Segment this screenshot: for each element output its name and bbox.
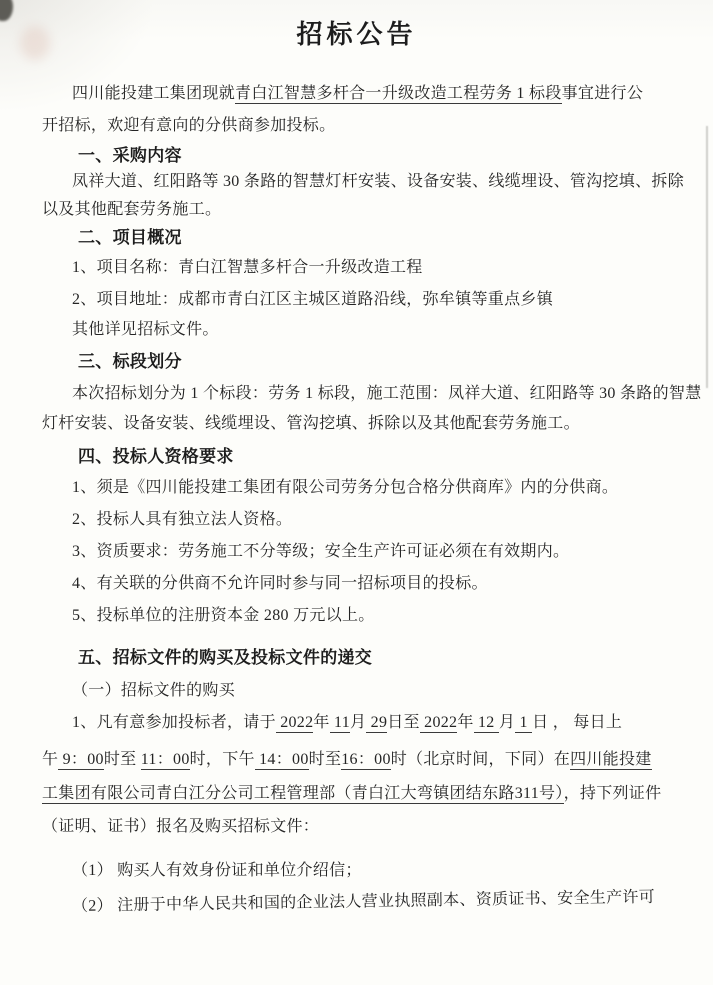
- text-segment: 午: [42, 751, 58, 768]
- underlined-text: 11: [330, 714, 350, 733]
- section-5-subheading-1: （一）招标文件的购买: [72, 681, 235, 701]
- section-4-item-4: 4、有关联的分供商不允许同时参与同一招标项目的投标。: [72, 574, 488, 594]
- section-5-subitem-2: （2） 注册于中华人民共和国的企业法人营业执照副本、资质证书、安全生产许可: [72, 888, 655, 917]
- section-5-line-3: 工集团有限公司青白江分公司工程管理部（青白江大弯镇团结东路311号），持下列证件: [42, 784, 661, 804]
- section-4-heading: 四、投标人资格要求: [78, 446, 234, 467]
- scan-edge-line-artifact: [706, 126, 708, 388]
- section-2-item-1: 1、项目名称：青白江智慧多杆合一升级改造工程: [72, 258, 423, 278]
- section-4-item-2: 2、投标人具有独立法人资格。: [72, 510, 292, 530]
- underlined-text: 9：00: [58, 751, 104, 770]
- section-2-heading: 二、项目概况: [78, 227, 182, 248]
- section-5-line-4: （证明、证书）报名及购买招标文件：: [42, 817, 319, 837]
- underlined-text: 1: [515, 714, 532, 733]
- section-2-item-3: 其他详见招标文件。: [72, 320, 219, 340]
- section-3-line-2: 灯杆安装、设备安装、线缆埋设、管沟挖填、拆除以及其他配套劳务施工。: [42, 414, 580, 434]
- text-segment: ，持下列证件: [564, 785, 662, 802]
- text-segment: 事宜进行公: [562, 85, 644, 102]
- section-3-heading: 三、标段划分: [78, 351, 182, 372]
- text-segment: 年: [313, 714, 329, 731]
- underlined-text: 2022: [276, 714, 314, 733]
- section-1-line-1: 凤祥大道、红阳路等 30 条路的智慧灯杆安装、设备安装、线缆埋设、管沟挖填、拆除: [72, 172, 684, 192]
- intro-line-2: 开招标，欢迎有意向的分供商参加投标。: [42, 116, 335, 136]
- text-segment: 时，下午: [190, 751, 255, 768]
- underlined-text: 16：00: [341, 751, 391, 770]
- section-5-subitem-1: （1） 购买人有效身份证和单位介绍信；: [72, 861, 362, 881]
- text-segment: 月: [499, 714, 515, 731]
- section-3-line-1: 本次招标划分为 1 个标段：劳务 1 标段，施工范围：凤祥大道、红阳路等 30 …: [72, 384, 702, 404]
- section-1-line-2: 以及其他配套劳务施工。: [42, 200, 221, 220]
- document-title: 招标公告: [0, 18, 713, 51]
- underlined-text: 14：00: [255, 751, 309, 770]
- text-segment: 时至: [309, 751, 342, 768]
- section-2-item-2: 2、项目地址：成都市青白江区主城区道路沿线，弥牟镇等重点乡镇: [72, 290, 553, 310]
- section-1-heading: 一、采购内容: [78, 145, 182, 166]
- text-segment: 1、凡有意参加投标者，请于: [72, 714, 276, 731]
- underlined-text: 2022: [420, 714, 458, 733]
- section-5-heading: 五、招标文件的购买及投标文件的递交: [78, 647, 372, 668]
- text-segment: 月: [350, 714, 366, 731]
- text-segment: 时至: [104, 751, 141, 768]
- section-5-line-2: 午 9：00时至 11：00时，下午 14：00时至16：00时（北京时间，下同…: [42, 750, 652, 770]
- underlined-text: 四川能投建: [570, 751, 652, 770]
- intro-line-1: 四川能投建工集团现就青白江智慧多杆合一升级改造工程劳务 1 标段事宜进行公: [72, 84, 643, 104]
- underlined-text: 12: [474, 714, 499, 733]
- text-segment: 时（北京时间，下同）在: [391, 751, 570, 768]
- text-segment: 日至: [387, 714, 420, 731]
- underlined-text: 青白江智慧多杆合一升级改造工程劳务 1 标段: [235, 85, 562, 104]
- tender-announcement-document: 招标公告 四川能投建工集团现就青白江智慧多杆合一升级改造工程劳务 1 标段事宜进…: [0, 0, 713, 985]
- text-segment: 四川能投建工集团现就: [72, 85, 235, 102]
- section-5-line-1: 1、凡有意参加投标者，请于 2022年 11月 29日至 2022年 12 月 …: [72, 713, 622, 733]
- underlined-text: 11：00: [141, 751, 190, 770]
- underlined-text: 工集团有限公司青白江分公司工程管理部（青白江大弯镇团结东路311号）: [42, 785, 564, 804]
- section-4-item-3: 3、资质要求：劳务施工不分等级；安全生产许可证必须在有效期内。: [72, 542, 569, 562]
- section-4-item-1: 1、须是《四川能投建工集团有限公司劳务分包合格分供商库》内的分供商。: [72, 478, 618, 498]
- section-4-item-5: 5、投标单位的注册资本金 280 万元以上。: [72, 606, 375, 626]
- text-segment: 日 ， 每日上: [532, 714, 622, 731]
- text-segment: 年: [457, 714, 473, 731]
- underlined-text: 29: [366, 714, 387, 733]
